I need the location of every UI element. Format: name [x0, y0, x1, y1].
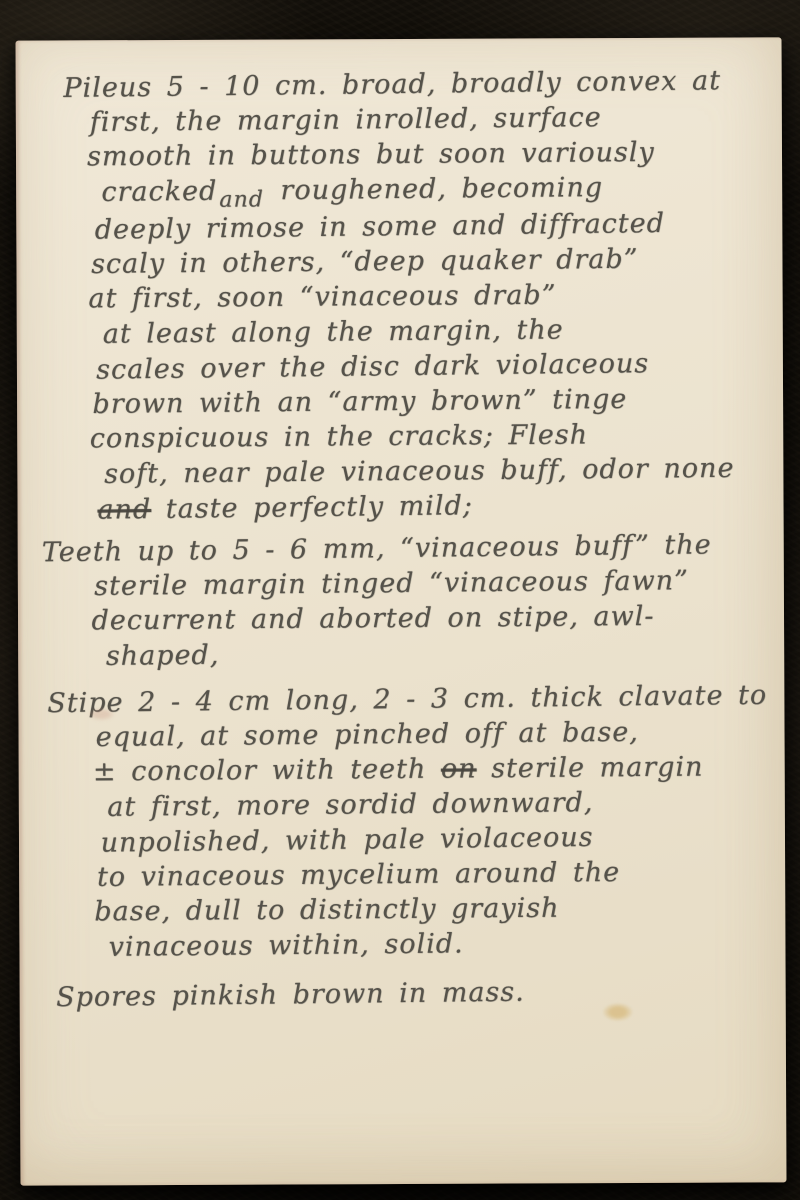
text-segment: at first, more sordid downward, — [107, 787, 593, 823]
text-segment: Stipe 2 - 4 cm long, 2 - 3 cm. thick cla… — [47, 680, 767, 719]
handwritten-line: smooth in buttons but soon variously — [87, 134, 767, 174]
handwritten-line: brown with an “army brown” tinge — [92, 380, 772, 422]
pink-smudge — [88, 708, 114, 720]
text-segment: Pileus 5 - 10 cm. broad, broadly convex … — [63, 65, 721, 104]
struck-word: on — [441, 753, 477, 784]
handwritten-line: equal, at some pinched off at base, — [95, 713, 775, 755]
paragraph-pileus: Pileus 5 - 10 cm. broad, broadly convex … — [35, 63, 773, 527]
text-segment: Spores pinkish brown in mass. — [56, 977, 525, 1013]
text-segment: scales over the disc dark violaceous — [96, 348, 649, 385]
text-segment: smooth in buttons but soon variously — [87, 137, 655, 172]
handwritten-line: base, dull to distinctly grayish — [94, 889, 774, 929]
text-segment: equal, at some pinched off at base, — [95, 717, 638, 753]
handwritten-line: at first, soon “vinaceous drab” — [88, 276, 768, 316]
note-card: Pileus 5 - 10 cm. broad, broadly convex … — [16, 37, 787, 1185]
paragraph-teeth: Teeth up to 5 - 6 mm, “vinaceous buff” t… — [40, 527, 775, 674]
paper-stain — [603, 1003, 633, 1021]
text-segment: taste perfectly mild; — [151, 490, 473, 525]
text-segment: sterile margin tinged “vinaceous fawn” — [94, 565, 689, 602]
photo-background: Pileus 5 - 10 cm. broad, broadly convex … — [0, 0, 800, 1200]
text-segment: sterile margin — [476, 752, 703, 785]
text-segment: scaly in others, “deep quaker drab” — [91, 244, 639, 280]
text-segment: vinaceous within, solid. — [109, 928, 464, 962]
text-segment: shaped, — [106, 640, 220, 672]
text-segment: to vinaceous mycelium around the — [97, 857, 620, 893]
text-segment: ± concolor with teeth — [93, 754, 441, 788]
paragraph-stipe: Stipe 2 - 4 cm long, 2 - 3 cm. thick cla… — [41, 678, 778, 965]
handwritten-line: conspicuous in the cracks; Flesh — [90, 416, 770, 456]
text-segment: base, dull to distinctly grayish — [94, 893, 559, 928]
text-segment: decurrent and aborted on stipe, awl- — [91, 601, 654, 636]
text-segment: Teeth up to 5 - 6 mm, “vinaceous buff” t… — [42, 529, 712, 568]
handwritten-line: scaly in others, “deep quaker drab” — [91, 240, 771, 282]
text-segment: first, the margin inrolled, surface — [90, 102, 602, 138]
text-segment: at first, soon “vinaceous drab” — [88, 280, 556, 315]
text-segment: brown with an “army brown” tinge — [92, 384, 627, 420]
text-segment: unpolished, with pale violaceous — [100, 822, 593, 859]
handwritten-line: shaped, — [106, 632, 786, 674]
handwritten-line: decurrent and aborted on stipe, awl- — [91, 598, 771, 638]
text-segment: at least along the margin, the — [103, 314, 564, 349]
text-segment: cracked — [101, 176, 217, 208]
handwritten-line: vinaceous within, solid. — [108, 923, 788, 965]
text-segment: deeply rimose in some and diffracted — [95, 208, 666, 246]
handwritten-line: ± concolor with teeth on sterile margin — [93, 749, 773, 789]
handwritten-line: to vinaceous mycelium around the — [97, 853, 777, 895]
struck-word: and — [97, 494, 151, 526]
handwritten-line: and taste perfectly mild; — [97, 485, 777, 528]
text-segment: soft, near pale vinaceous buff, odor non… — [104, 453, 735, 490]
text-segment: roughened, becoming — [266, 172, 603, 206]
text-segment: conspicuous in the cracks; Flesh — [90, 419, 589, 454]
handwritten-line: first, the margin inrolled, surface — [90, 98, 770, 140]
handwritten-text: Pileus 5 - 10 cm. broad, broadly convex … — [13, 35, 788, 1014]
handwritten-line: sterile margin tinged “vinaceous fawn” — [94, 562, 774, 604]
paragraph-spores: Spores pinkish brown in mass. — [44, 972, 778, 1014]
handwritten-line: Spores pinkish brown in mass. — [56, 972, 782, 1015]
